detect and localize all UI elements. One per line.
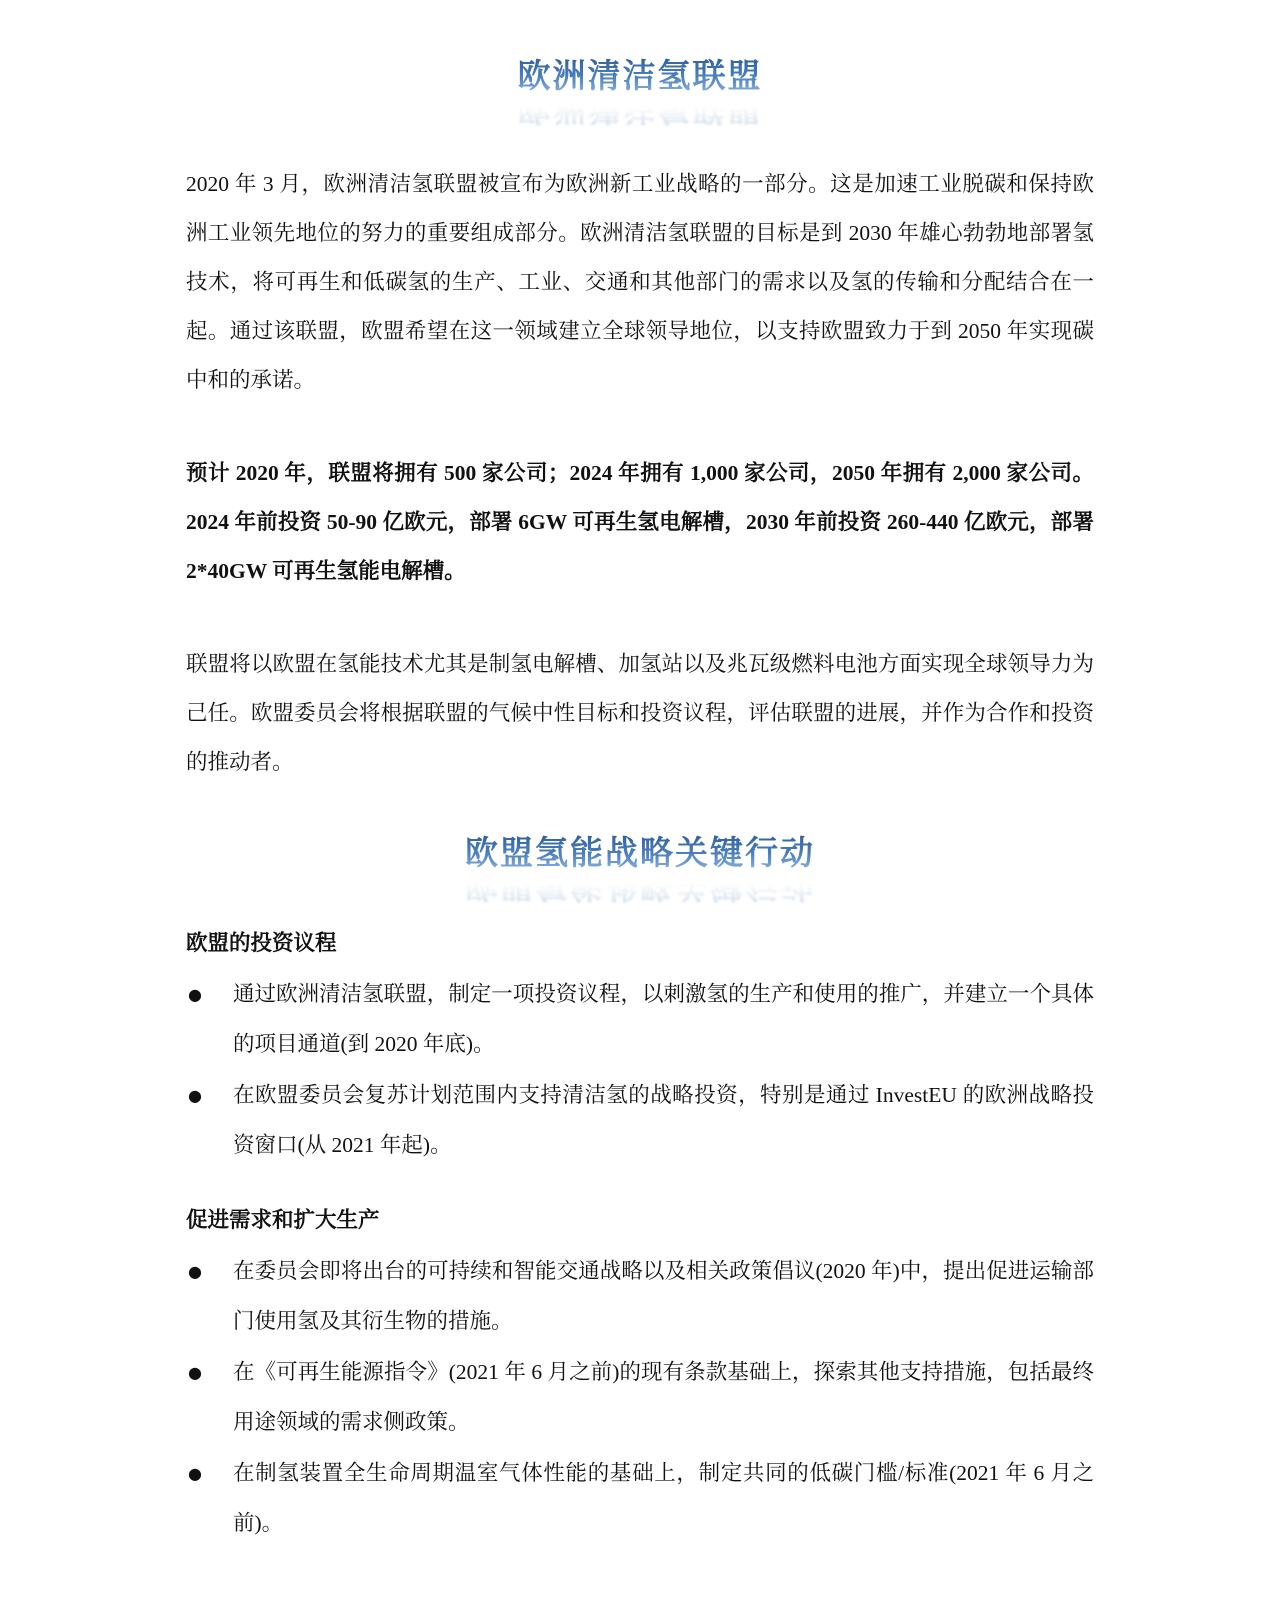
subsection-title: 欧盟的投资议程 [186, 919, 1094, 968]
document-content: 欧洲清洁氢联盟 欧洲清洁氢联盟 2020 年 3 月，欧洲清洁氢联盟被宣布为欧洲… [0, 0, 1280, 1548]
subsection-title: 促进需求和扩大生产 [186, 1196, 1094, 1245]
list-item-text: 在欧盟委员会复苏计划范围内支持清洁氢的战略投资，特别是通过 InvestEU 的… [233, 1083, 1094, 1157]
bullet-icon: ● [188, 1348, 202, 1398]
list-item-text: 通过欧洲清洁氢联盟，制定一项投资议程，以刺激氢的生产和使用的推广，并建立一个具体… [233, 982, 1094, 1056]
forecast-paragraph: 预计 2020 年，联盟将拥有 500 家公司；2024 年拥有 1,000 家… [186, 449, 1094, 596]
list-item-text: 在《可再生能源指令》(2021 年 6 月之前)的现有条款基础上，探索其他支持措… [233, 1360, 1094, 1434]
list-item: ● 在委员会即将出台的可持续和智能交通战略以及相关政策倡议(2020 年)中，提… [186, 1247, 1094, 1346]
section-heading-alliance: 欧洲清洁氢联盟 欧洲清洁氢联盟 [186, 56, 1094, 128]
bullet-list: ● 通过欧洲清洁氢联盟，制定一项投资议程，以刺激氢的生产和使用的推广，并建立一个… [186, 970, 1094, 1170]
list-item-text: 在委员会即将出台的可持续和智能交通战略以及相关政策倡议(2020 年)中，提出促… [233, 1259, 1094, 1333]
intro-paragraph: 2020 年 3 月，欧洲清洁氢联盟被宣布为欧洲新工业战略的一部分。这是加速工业… [186, 160, 1094, 405]
document-page: 欧洲清洁氢联盟 欧洲清洁氢联盟 2020 年 3 月，欧洲清洁氢联盟被宣布为欧洲… [0, 0, 1280, 1602]
section-heading-key-actions: 欧盟氢能战略关键行动 欧盟氢能战略关键行动 [186, 833, 1094, 905]
bullet-icon: ● [188, 1449, 202, 1499]
bullet-list: ● 在委员会即将出台的可持续和智能交通战略以及相关政策倡议(2020 年)中，提… [186, 1247, 1094, 1548]
list-item: ● 通过欧洲清洁氢联盟，制定一项投资议程，以刺激氢的生产和使用的推广，并建立一个… [186, 970, 1094, 1069]
list-item: ● 在欧盟委员会复苏计划范围内支持清洁氢的战略投资，特别是通过 InvestEU… [186, 1071, 1094, 1170]
list-item: ● 在《可再生能源指令》(2021 年 6 月之前)的现有条款基础上，探索其他支… [186, 1348, 1094, 1447]
section-demand-production: 促进需求和扩大生产 ● 在委员会即将出台的可持续和智能交通战略以及相关政策倡议(… [186, 1196, 1094, 1548]
list-item-text: 在制氢装置全生命周期温室气体性能的基础上，制定共同的低碳门槛/标准(2021 年… [233, 1461, 1094, 1535]
bullet-icon: ● [188, 1071, 202, 1121]
bullet-icon: ● [188, 970, 202, 1020]
heading1-reflection: 欧洲清洁氢联盟 [186, 88, 1094, 128]
section-investment-agenda: 欧盟的投资议程 ● 通过欧洲清洁氢联盟，制定一项投资议程，以刺激氢的生产和使用的… [186, 919, 1094, 1170]
bullet-icon: ● [188, 1247, 202, 1297]
list-item: ● 在制氢装置全生命周期温室气体性能的基础上，制定共同的低碳门槛/标准(2021… [186, 1449, 1094, 1548]
heading2-reflection: 欧盟氢能战略关键行动 [186, 865, 1094, 905]
mission-paragraph: 联盟将以欧盟在氢能技术尤其是制氢电解槽、加氢站以及兆瓦级燃料电池方面实现全球领导… [186, 640, 1094, 787]
